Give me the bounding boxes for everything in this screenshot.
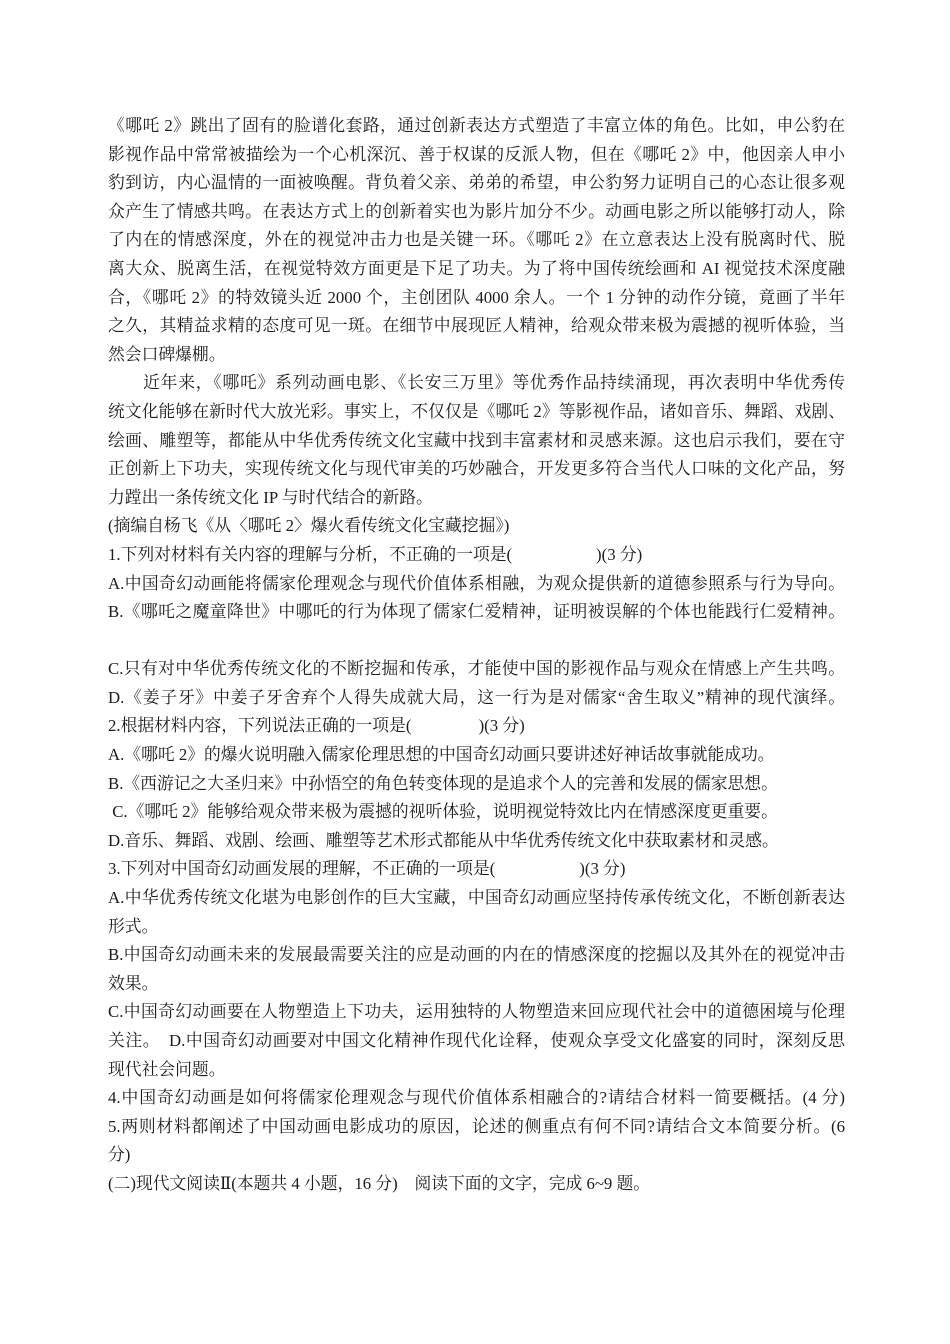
blank-line [108,627,845,656]
text-line: A.中华优秀传统文化堪为电影创作的巨大宝藏，中国奇幻动画应坚持传承传统文化，不断… [108,884,845,913]
text-line: B.《西游记之大圣归来》中孙悟空的角色转变体现的是追求个人的完善和发展的儒家思想… [108,770,845,799]
text-line: A.中国奇幻动画能将儒家伦理观念与现代价值体系相融，为观众提供新的道德参照系与行… [108,570,845,599]
text-line: 形式。 [108,913,845,942]
text-line: D.音乐、舞蹈、戏剧、绘画、雕塑等艺术形式都能从中华优秀传统文化中获取素材和灵感… [108,827,845,856]
text-line: A.《哪吒 2》的爆火说明融入儒家伦理思想的中国奇幻动画只要讲述好神话故事就能成… [108,741,845,770]
text-line: C.《哪吒 2》能够给观众带来极为震撼的视听体验，说明视觉特效比内在情感深度更重… [108,798,845,827]
text-line: (二)现代文阅读Ⅱ(本题共 4 小题，16 分) 阅读下面的文字，完成 6~9 … [108,1170,845,1199]
text-line: 1.下列对材料有关内容的理解与分析，不正确的一项是( )(3 分) [108,541,845,570]
text-line: 豹到访，内心温情的一面被唤醒。背负着父亲、弟弟的希望，申公豹努力证明自己的心态让… [108,169,845,198]
text-line: 了内在的情感深度，外在的视觉冲击力也是关键一环。《哪吒 2》在立意表达上没有脱离… [108,226,845,255]
text-line: 5.两则材料都阐述了中国动画电影成功的原因，论述的侧重点有何不同?请结合文本简要… [108,1113,845,1142]
text-line: (摘编自杨飞《从〈哪吒 2〉爆火看传统文化宝藏挖掘》) [108,512,845,541]
text-line: 现代社会问题。 [108,1056,845,1085]
text-line: B.《哪吒之魔童降世》中哪吒的行为体现了儒家仁爱精神，证明被误解的个体也能践行仁… [108,598,845,627]
text-line: 然会口碑爆棚。 [108,341,845,370]
text-line: B.中国奇幻动画未来的发展最需要关注的应是动画的内在的情感深度的挖掘以及其外在的… [108,941,845,970]
text-line: 离大众、脱离生活，在视觉特效方面更是下足了功夫。为了将中国传统绘画和 AI 视觉… [108,255,845,284]
text-line: C.只有对中华优秀传统文化的不断挖掘和传承，才能使中国的影视作品与观众在情感上产… [108,655,845,684]
text-line: 绘画、雕塑等，都能从中华优秀传统文化宝藏中找到丰富素材和灵感来源。这也启示我们，… [108,427,845,456]
text-line: 之久，其精益求精的态度可见一斑。在细节中展现匠人精神，给观众带来极为震撼的视听体… [108,312,845,341]
text-line: C.中国奇幻动画要在人物塑造上下功夫，运用独特的人物塑造来回应现代社会中的道德困… [108,998,845,1027]
text-line: 合，《哪吒 2》的特效镜头近 2000 个，主创团队 4000 余人。一个 1 … [108,284,845,313]
text-line: 效果。 [108,970,845,999]
document-page: 《哪吒 2》跳出了固有的脸谱化套路，通过创新表达方式塑造了丰富立体的角色。比如，… [0,0,950,1344]
text-line: 关注。 D.中国奇幻动画要对中国文化精神作现代化诠释，使观众享受文化盛宴的同时，… [108,1027,845,1056]
text-line: D.《姜子牙》中姜子牙舍弃个人得失成就大局，这一行为是对儒家“舍生取义”精神的现… [108,684,845,713]
text-line: 正创新上下功夫，实现传统文化与现代审美的巧妙融合，开发更多符合当代人口味的文化产… [108,455,845,484]
exam-text-block: 《哪吒 2》跳出了固有的脸谱化套路，通过创新表达方式塑造了丰富立体的角色。比如，… [108,112,845,1199]
text-line: 分) [108,1141,845,1170]
text-line: 众产生了情感共鸣。在表达方式上的创新着实也为影片加分不少。动画电影之所以能够打动… [108,198,845,227]
text-line: 3.下列对中国奇幻动画发展的理解，不正确的一项是( )(3 分) [108,855,845,884]
text-line: 近年来，《哪吒》系列动画电影、《长安三万里》等优秀作品持续涌现，再次表明中华优秀… [108,369,845,398]
text-line: 《哪吒 2》跳出了固有的脸谱化套路，通过创新表达方式塑造了丰富立体的角色。比如，… [108,112,845,141]
text-line: 力蹚出一条传统文化 IP 与时代结合的新路。 [108,484,845,513]
text-line: 统文化能够在新时代大放光彩。事实上，不仅仅是《哪吒 2》等影视作品，诸如音乐、舞… [108,398,845,427]
text-line: 影视作品中常常被描绘为一个心机深沉、善于权谋的反派人物，但在《哪吒 2》中，他因… [108,141,845,170]
text-line: 2.根据材料内容，下列说法正确的一项是( )(3 分) [108,712,845,741]
text-line: 4.中国奇幻动画是如何将儒家伦理观念与现代价值体系相融合的?请结合材料一简要概括… [108,1084,845,1113]
